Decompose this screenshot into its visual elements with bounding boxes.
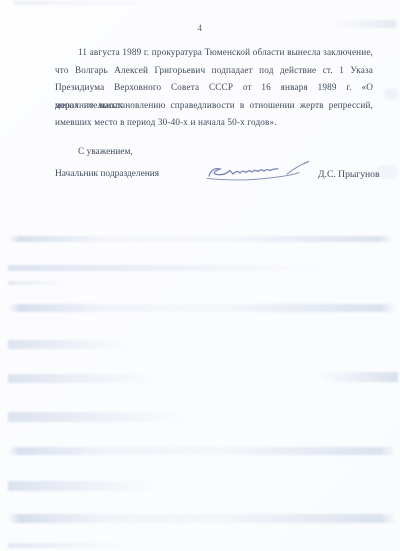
paragraph-line: Президиума Верховного Совета СССР от 16 …: [55, 79, 373, 97]
signer-name: Д.С. Прыгунов: [318, 169, 380, 180]
bleed-through-artifact: [8, 340, 132, 349]
paragraph-line: 11 августа 1989 г. прокуратура Тюменской…: [55, 44, 373, 62]
closing-salutation: С уважением,: [78, 147, 133, 157]
bleed-through-artifact: [8, 304, 396, 312]
main-paragraph: 11 августа 1989 г. прокуратура Тюменской…: [55, 44, 373, 132]
scanned-document-page: 4 11 августа 1989 г. прокуратура Тюменск…: [0, 0, 400, 551]
paragraph-line: мерах по восстановлению справедливости в…: [55, 97, 373, 115]
bleed-through-artifact: [8, 514, 396, 523]
bleed-through-artifact: [8, 543, 128, 548]
bleed-through-artifact: [318, 372, 398, 382]
paragraph-line: имевших место в период 30-40-х и начала …: [55, 114, 373, 132]
bleed-through-artifact: [8, 265, 328, 271]
bleed-through-artifact: [384, 88, 398, 100]
bleed-through-artifact: [8, 481, 158, 491]
paragraph-line: что Волгарь Алексей Григорьевич подпадае…: [55, 62, 373, 80]
bleed-through-artifact: [8, 281, 72, 285]
bleed-through-artifact: [14, 1, 174, 5]
bleed-through-artifact: [8, 447, 396, 455]
page-number: 4: [0, 23, 400, 33]
bleed-through-artifact: [8, 412, 188, 422]
signature-ink: [203, 154, 315, 186]
bleed-through-artifact: [8, 374, 158, 383]
bleed-through-artifact: [8, 236, 394, 242]
signer-title: Начальник подразделения: [55, 169, 159, 179]
